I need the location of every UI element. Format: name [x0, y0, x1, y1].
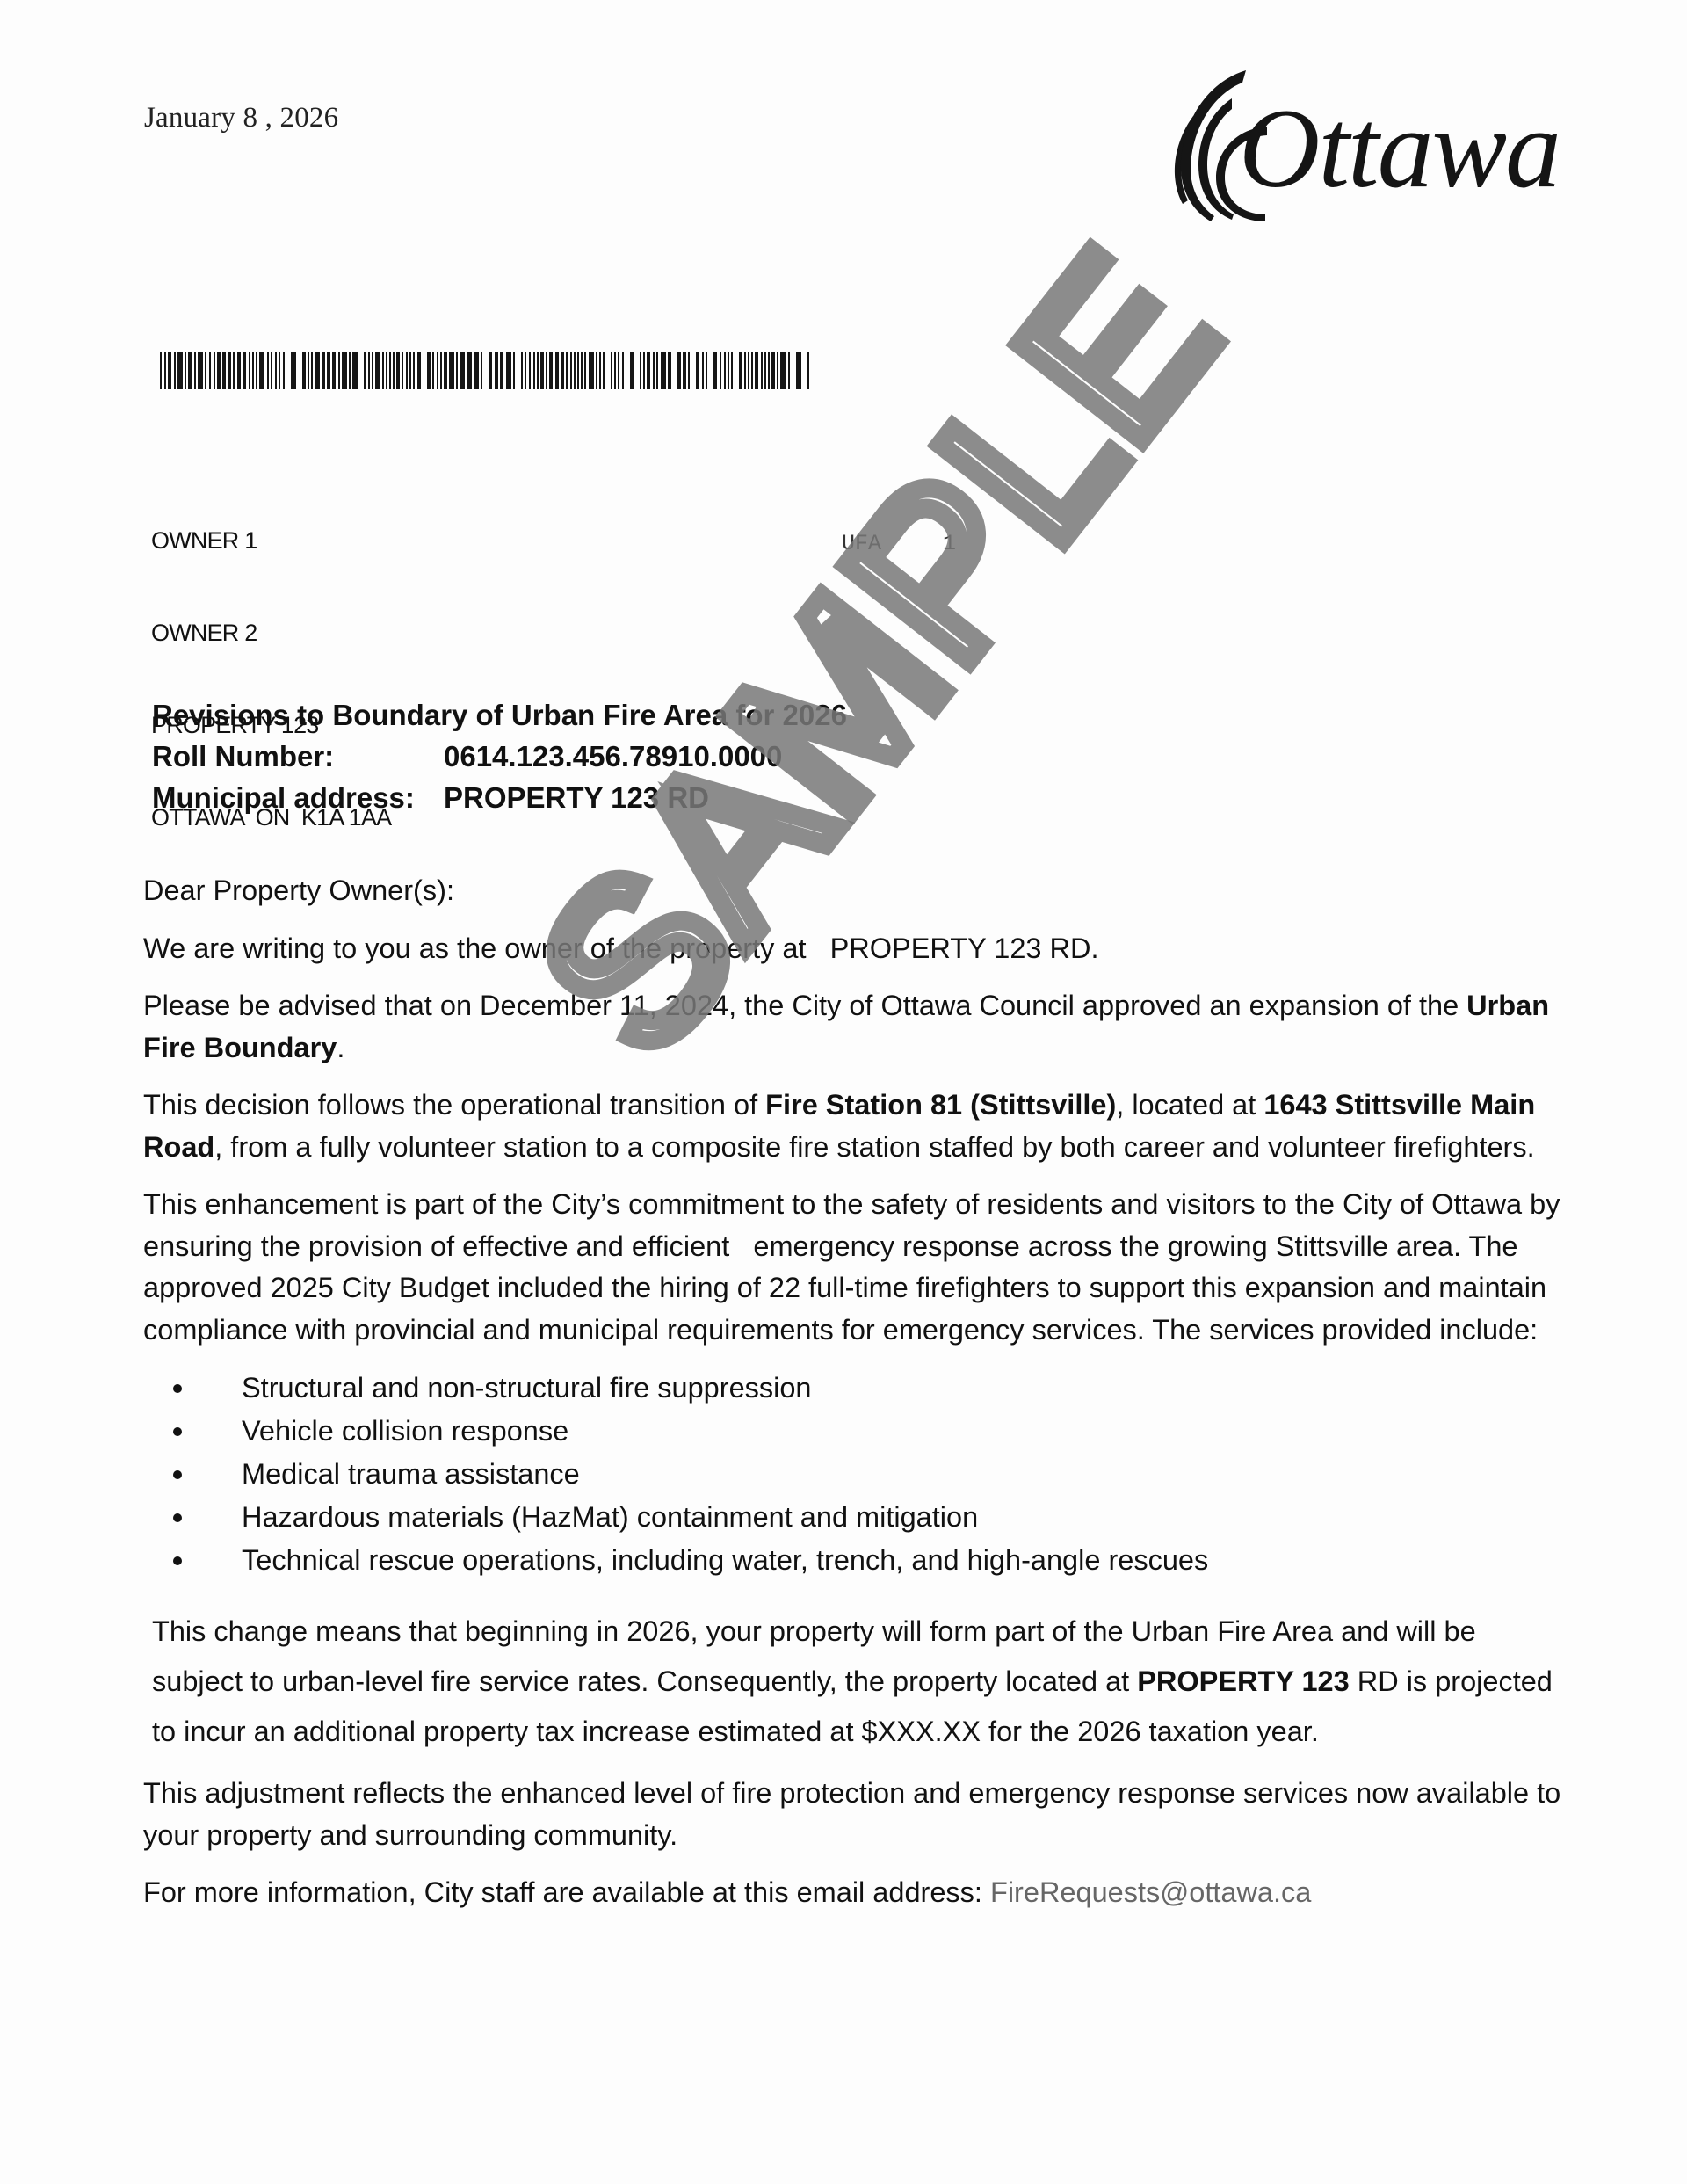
- paragraph-contact: For more information, City staff are ava…: [143, 1872, 1567, 1914]
- services-list: Structural and non-structural fire suppr…: [143, 1367, 1567, 1582]
- letter-date: January 8 , 2026: [144, 102, 338, 134]
- paragraph-approval: Please be advised that on December 11, 2…: [143, 985, 1567, 1069]
- city-logo: Ottawa: [1158, 63, 1527, 230]
- list-item: Vehicle collision response: [242, 1410, 1567, 1453]
- email-link[interactable]: FireRequests@ottawa.ca: [990, 1876, 1311, 1908]
- list-item: Structural and non-structural fire suppr…: [242, 1367, 1567, 1410]
- paragraph-decision: This decision follows the operational tr…: [143, 1085, 1567, 1168]
- paragraph-text: For more information, City staff are ava…: [143, 1876, 990, 1908]
- list-item: Hazardous materials (HazMat) containment…: [242, 1496, 1567, 1539]
- postal-barcode-icon: [156, 352, 815, 389]
- subject-block: Revisions to Boundary of Urban Fire Area…: [152, 694, 847, 818]
- subject-title: Revisions to Boundary of Urban Fire Area…: [152, 694, 847, 736]
- recipient-line: OWNER 1: [151, 526, 391, 556]
- roll-number-label: Roll Number:: [152, 736, 444, 777]
- paragraph-text: , located at: [1116, 1089, 1263, 1121]
- recipient-line: OWNER 2: [151, 618, 391, 649]
- salutation: Dear Property Owner(s):: [143, 870, 1567, 912]
- paragraph-text: Please be advised that on December 11, 2…: [143, 990, 1466, 1021]
- mail-code: UFA1: [842, 531, 956, 556]
- logo-wordmark: Ottawa: [1239, 74, 1560, 223]
- property-address: PROPERTY 123 RD.: [830, 932, 1099, 964]
- paragraph-adjustment: This adjustment reflects the enhanced le…: [143, 1773, 1567, 1856]
- paragraph-tax-change: This change means that beginning in 2026…: [152, 1598, 1567, 1757]
- municipal-address-label: Municipal address:: [152, 777, 444, 818]
- paragraph-intro: We are writing to you as the owner of th…: [143, 928, 1567, 970]
- paragraph-text: We are writing to you as the owner of th…: [143, 932, 830, 964]
- property-address: PROPERTY 123: [1137, 1665, 1349, 1697]
- mail-code-label: UFA: [842, 531, 881, 556]
- mail-code-value: 1: [943, 531, 956, 556]
- municipal-address-row: Municipal address: PROPERTY 123 RD: [152, 777, 847, 818]
- letter-body: Dear Property Owner(s): We are writing t…: [143, 870, 1567, 1930]
- list-item: Medical trauma assistance: [242, 1453, 1567, 1496]
- roll-number-row: Roll Number: 0614.123.456.78910.0000: [152, 736, 847, 777]
- roll-number-value: 0614.123.456.78910.0000: [444, 736, 782, 777]
- fire-station-name: Fire Station 81 (Stittsville): [765, 1089, 1116, 1121]
- municipal-address-value: PROPERTY 123 RD: [444, 777, 709, 818]
- paragraph-text: , from a fully volunteer station to a co…: [214, 1131, 1534, 1163]
- list-item: Technical rescue operations, including w…: [242, 1539, 1567, 1582]
- paragraph-enhancement: This enhancement is part of the City’s c…: [143, 1184, 1567, 1351]
- paragraph-text: .: [337, 1032, 344, 1063]
- paragraph-text: This decision follows the operational tr…: [143, 1089, 765, 1121]
